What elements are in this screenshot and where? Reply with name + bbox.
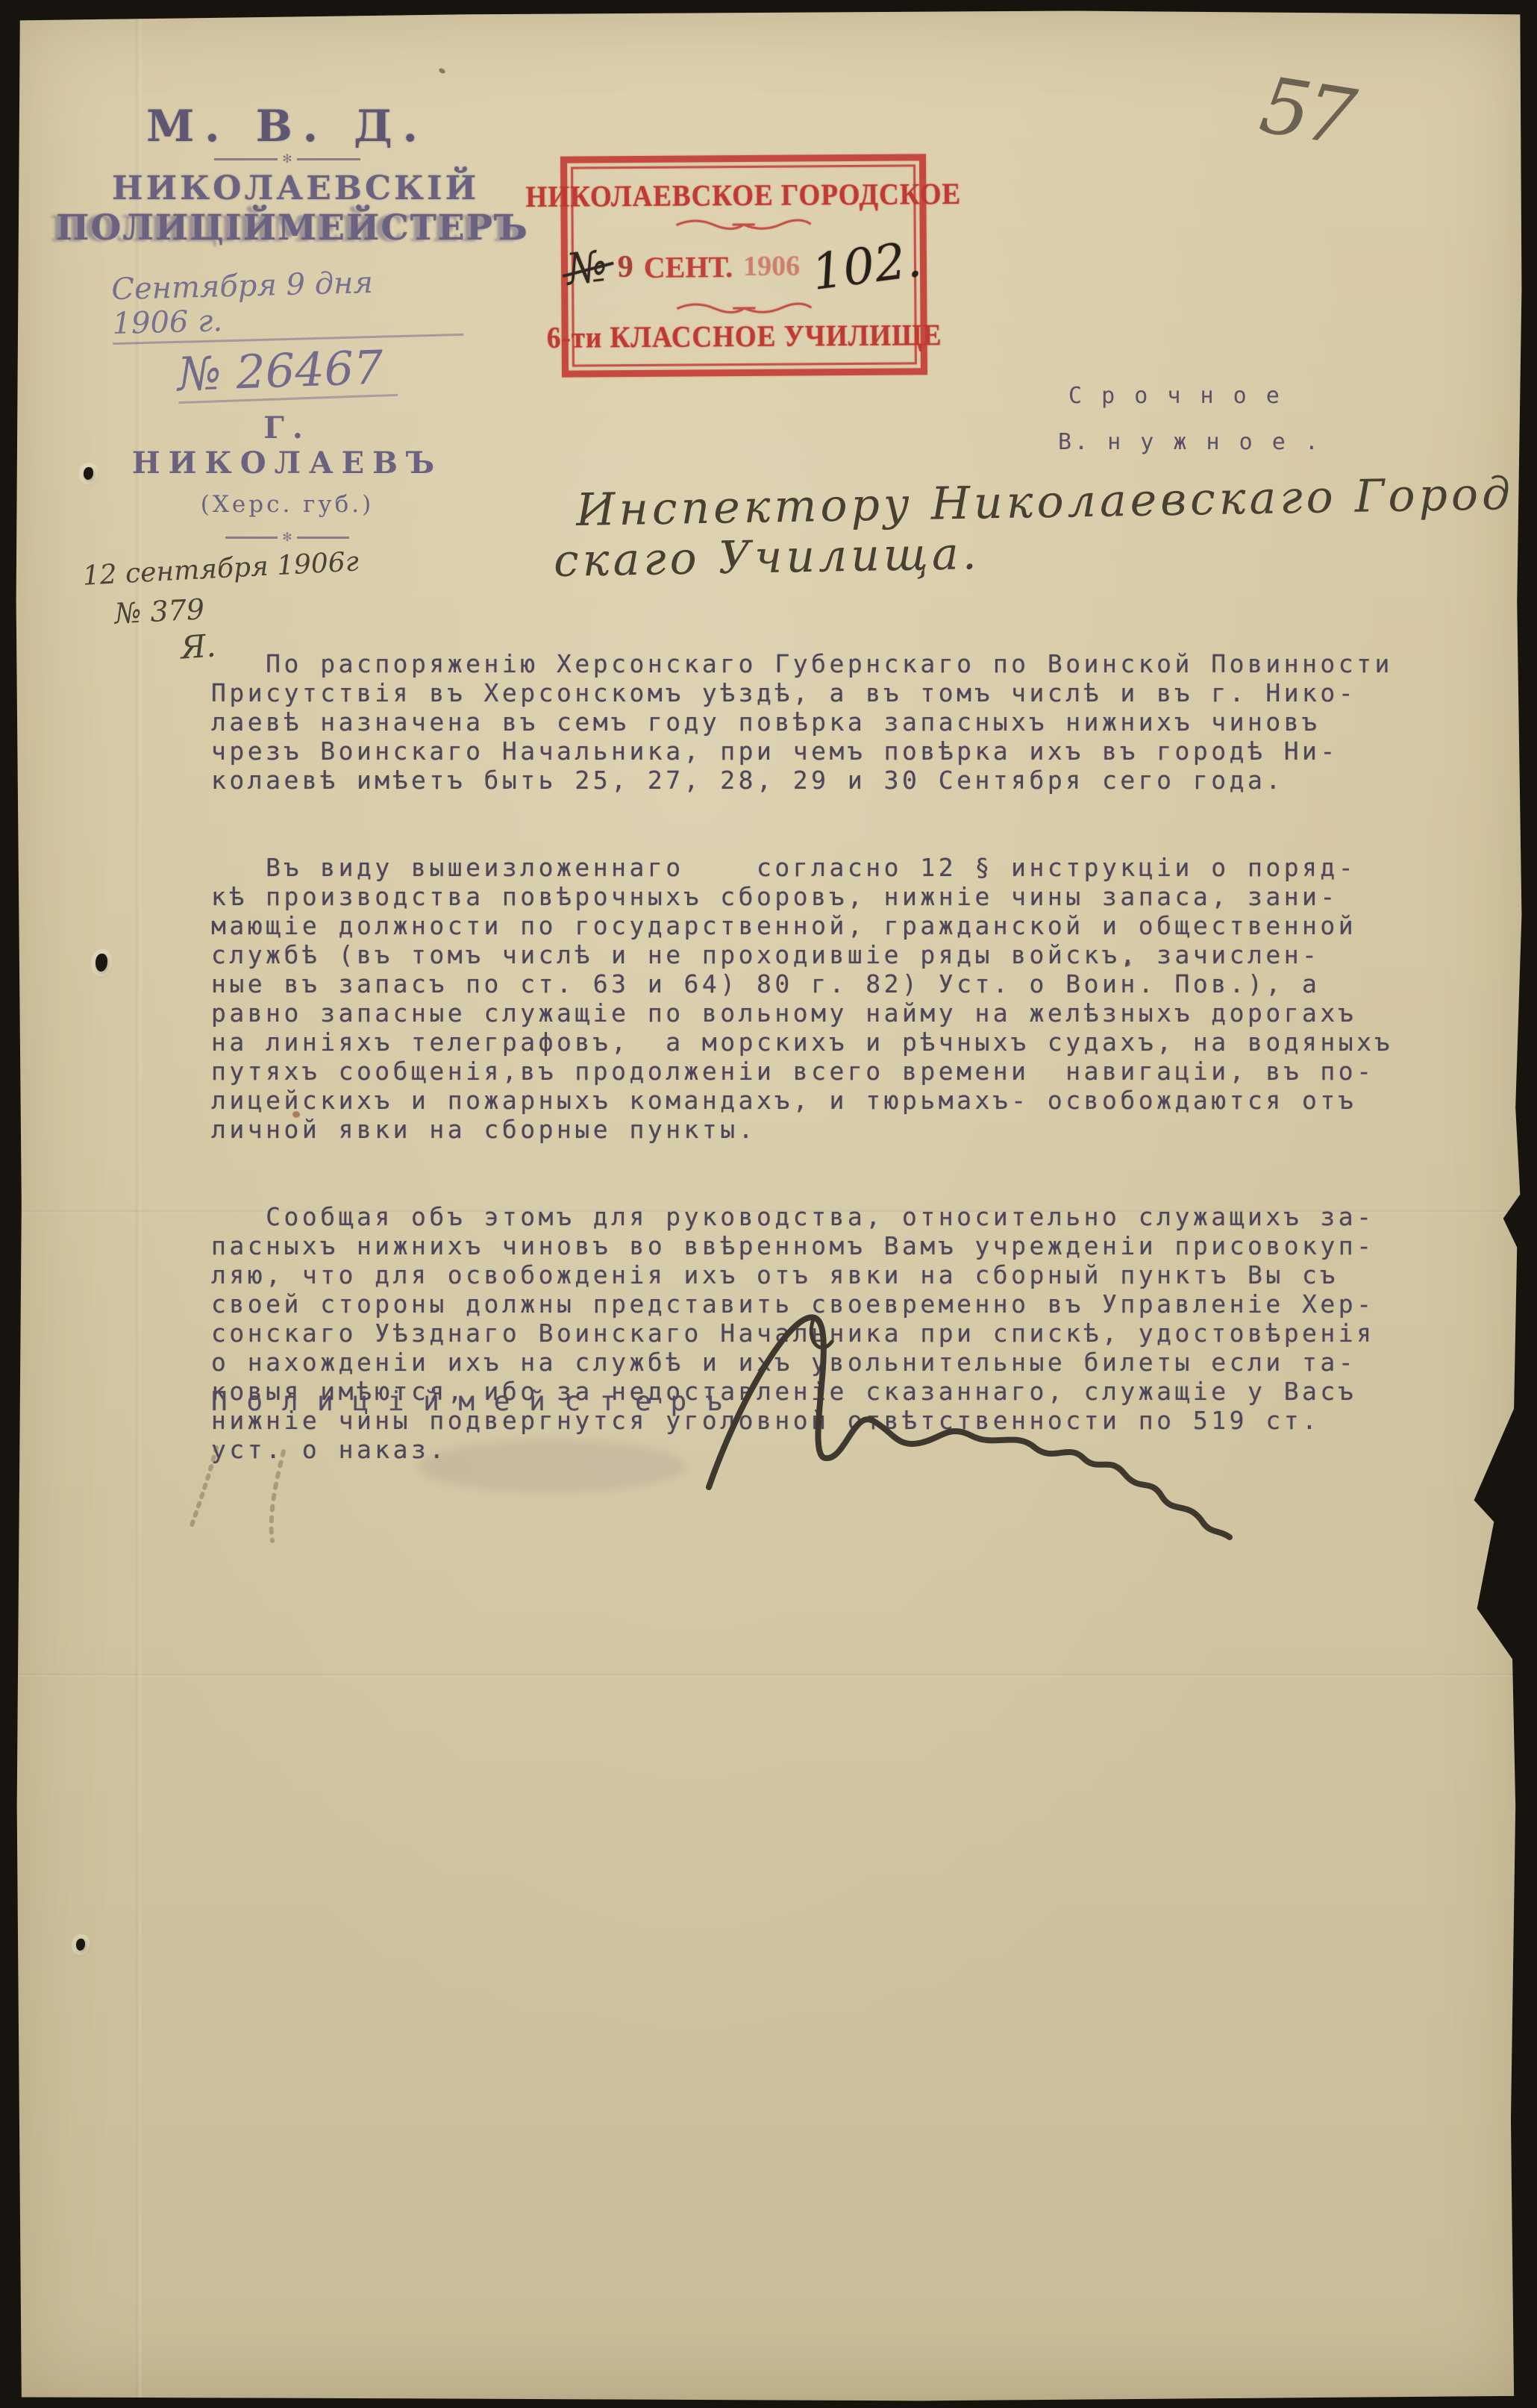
punch-hole bbox=[76, 1939, 85, 1951]
pencil-smudge bbox=[172, 1440, 336, 1560]
receipt-stamp-frame: НИКОЛАЕВСКОЕ ГОРОДСКОЕ № 9 СЕНТ. 1906 10… bbox=[571, 164, 917, 366]
signature-flourish bbox=[694, 1297, 1291, 1543]
ink-smudge bbox=[418, 1440, 686, 1492]
stamp-flourish-icon bbox=[673, 216, 815, 234]
punch-hole bbox=[96, 954, 107, 972]
receipt-stamp: НИКОЛАЕВСКОЕ ГОРОДСКОЕ № 9 СЕНТ. 1906 10… bbox=[560, 154, 927, 377]
document-sheet: М. В. Д. ✻ НИКОЛАЕВСКІЙ ПОЛИЦІЙМЕЙСТЕРЪ … bbox=[0, 0, 1537, 2408]
addressee-line2: скаго Училища. bbox=[553, 528, 980, 587]
letterhead-org-line2: ПОЛИЦІЙМЕЙСТЕРЪ bbox=[56, 207, 474, 248]
punch-hole bbox=[84, 467, 93, 480]
urgency-line2: В. н у ж н о е . bbox=[1058, 419, 1321, 466]
body-paragraph-2: Въ виду вышеизложеннаго согласно 12 § ин… bbox=[211, 853, 1480, 1144]
stamp-line1: НИКОЛАЕВСКОЕ ГОРОДСКОЕ bbox=[525, 177, 961, 215]
letterhead-number-handwritten: № 26467 bbox=[177, 340, 398, 404]
letterhead-org-line1: НИКОЛАЕВСКІЙ bbox=[112, 169, 463, 207]
margin-note-date: 12 сентября 1906г bbox=[82, 546, 360, 591]
addressee-line1: Инспектору Николаевскаго Город bbox=[575, 468, 1514, 537]
letterhead-divider: ✻ bbox=[112, 534, 463, 540]
stamp-date-row: № 9 СЕНТ. 1906 102. bbox=[566, 237, 922, 296]
page-number-annotation: 57 bbox=[1254, 59, 1357, 163]
stamp-day: 9 bbox=[618, 249, 633, 285]
paper-speck bbox=[438, 67, 446, 75]
stamp-registration-number: 102. bbox=[809, 230, 925, 301]
urgency-line1: С р о ч н о е bbox=[1068, 373, 1321, 419]
stamp-year: 1906 bbox=[743, 249, 800, 283]
stamp-month: СЕНТ. bbox=[644, 249, 733, 285]
letterhead-city: Г. НИКОЛАЕВЪ bbox=[112, 410, 463, 481]
ministry-abbreviation: М. В. Д. bbox=[112, 101, 463, 151]
stamp-number-sign: № bbox=[563, 240, 610, 295]
fold-crease bbox=[0, 1674, 1537, 1677]
letterhead-divider: ✻ bbox=[112, 156, 463, 162]
letterhead-province: (Херс. губ.) bbox=[112, 491, 463, 518]
stamp-flourish-icon bbox=[673, 299, 815, 316]
letterhead: М. В. Д. ✻ НИКОЛАЕВСКІЙ ПОЛИЦІЙМЕЙСТЕРЪ … bbox=[112, 101, 463, 548]
signature-title: П о л и ц і й м е й с т е р ъ bbox=[211, 1386, 724, 1417]
letterhead-date-handwritten: Сентября 9 дня 1906 г. bbox=[111, 263, 463, 345]
urgency-note: С р о ч н о е В. н у ж н о е . bbox=[1068, 373, 1321, 466]
body-paragraph-1: По распоряженію Херсонскаго Губернскаго … bbox=[211, 649, 1480, 795]
scan-background: { "page_number": "57", "letterhead": { "… bbox=[0, 0, 1537, 2408]
stamp-line2: 6-ти КЛАССНОЕ УЧИЛИЩЕ bbox=[547, 318, 942, 355]
